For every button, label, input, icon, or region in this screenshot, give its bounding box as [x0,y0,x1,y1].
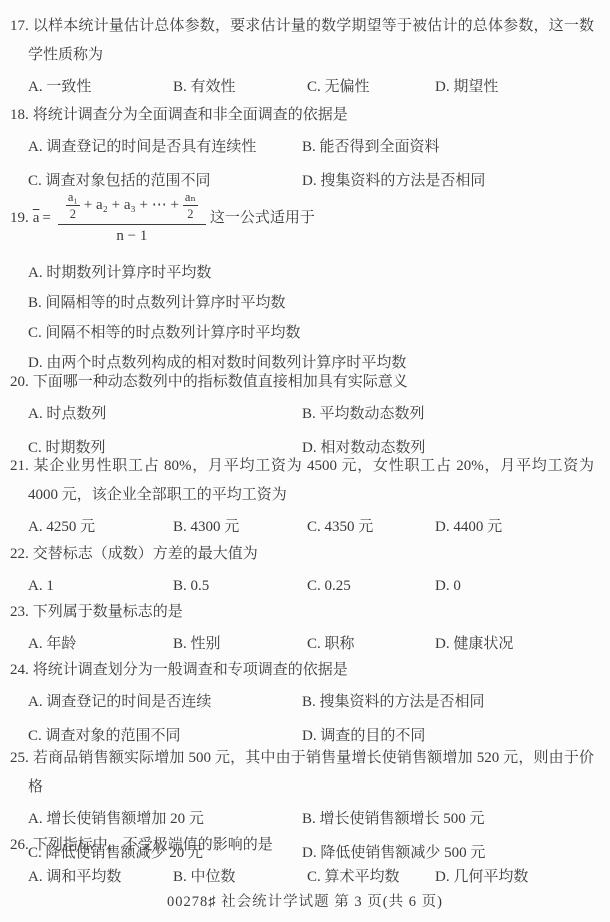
question-20: 20.下面哪一种动态数列中的指标数值直接相加具有实际意义 A. 时点数列 B. … [10,368,594,463]
formula-fraction: a₁2 + a₂ + a₃ + ⋯ + aₙ2 n − 1 [58,190,206,246]
option-a: A. 调查登记的时间是否具有连续性 [28,133,302,162]
question-19: 19. a = a₁2 + a₂ + a₃ + ⋯ + aₙ2 n − 1 这一… [10,190,594,378]
question-text: 交替标志（成数）方差的最大值为 [33,546,258,562]
exam-page: { "page": { "footer": "00278♯ 社会统计学试题 第 … [0,0,610,922]
option-d: D. 0 [435,572,594,601]
question-number: 17. [10,18,33,34]
fraction-numerator: a₁2 + a₂ + a₃ + ⋯ + aₙ2 [58,190,206,225]
question-number: 22. [10,546,33,562]
question-number: 25. [10,750,33,766]
question-stem: 22.交替标志（成数）方差的最大值为 [10,540,594,569]
option-b: B. 4300 元 [173,513,307,542]
option-c: C. 4350 元 [307,513,435,542]
numerator-middle-terms: + a₂ + a₃ + ⋯ + [84,196,179,215]
question-text: 以样本统计量估计总体参数，要求估计量的数学期望等于被估计的总体参数，这一数学性质… [28,18,594,63]
question-stem: 23.下列属于数量标志的是 [10,598,594,627]
question-number: 19. [10,209,33,228]
inner-fraction-last: aₙ2 [183,190,198,221]
option-a: A. 调查登记的时间是否连续 [28,688,302,717]
option-c: C. 间隔不相等的时点数列计算序时平均数 [28,318,594,348]
question-stem: 20.下面哪一种动态数列中的指标数值直接相加具有实际意义 [10,368,594,397]
question-number: 20. [10,374,33,390]
options-grid: A. 调查登记的时间是否连续 B. 搜集资料的方法是否相同 C. 调查对象的范围… [28,688,594,751]
question-stem: 24.将统计调查划分为一般调查和专项调查的依据是 [10,656,594,685]
question-text: 若商品销售额实际增加 500 元，其中由于销售量增长使销售额增加 520 元，则… [28,750,594,795]
option-d: D. 期望性 [435,73,594,102]
options-row: A. 1 B. 0.5 C. 0.25 D. 0 [28,572,594,601]
option-b: B. 能否得到全面资料 [302,133,594,162]
option-b: B. 性别 [173,630,307,659]
option-a: A. 4250 元 [28,513,173,542]
question-stem: 18.将统计调查分为全面调查和非全面调查的依据是 [10,101,594,130]
question-number: 26. [10,837,33,853]
question-text: 下面哪一种动态数列中的指标数值直接相加具有实际意义 [33,374,408,390]
question-text: 将统计调查分为全面调查和非全面调查的依据是 [33,107,348,123]
formula-suffix-text: 这一公式适用于 [210,209,315,228]
option-a: A. 年龄 [28,630,173,659]
option-b: B. 平均数动态数列 [302,400,594,429]
question-26: 26.下列指标中，不受极端值的影响的是 A. 调和平均数 B. 中位数 C. 算… [10,831,594,892]
page-footer: 00278♯ 社会统计学试题 第 3 页(共 6 页) [0,888,610,917]
question-18: 18.将统计调查分为全面调查和非全面调查的依据是 A. 调查登记的时间是否具有连… [10,101,594,196]
option-a: A. 1 [28,572,173,601]
inner-fraction-first: a₁2 [66,190,80,221]
option-b: B. 增长使销售额增长 500 元 [302,805,594,834]
question-stem: 21.某企业男性职工占 80%，月平均工资为 4500 元，女性职工占 20%，… [10,452,594,510]
option-a: A. 一致性 [28,73,173,102]
fraction-denominator: n − 1 [116,225,147,246]
option-a: A. 增长使销售额增加 20 元 [28,805,302,834]
option-b: B. 0.5 [173,572,307,601]
options-list: A. 时期数列计算序时平均数 B. 间隔相等的时点数列计算序时平均数 C. 间隔… [28,258,594,378]
option-c: C. 职称 [307,630,435,659]
options-grid: A. 调查登记的时间是否具有连续性 B. 能否得到全面资料 C. 调查对象包括的… [28,133,594,196]
question-text: 将统计调查划分为一般调查和专项调查的依据是 [33,662,348,678]
question-number: 18. [10,107,33,123]
option-a: A. 时期数列计算序时平均数 [28,258,594,288]
option-c: C. 无偏性 [307,73,435,102]
question-17: 17.以样本统计量估计总体参数，要求估计量的数学期望等于被估计的总体参数，这一数… [10,12,594,102]
option-a: A. 时点数列 [28,400,302,429]
question-22: 22.交替标志（成数）方差的最大值为 A. 1 B. 0.5 C. 0.25 D… [10,540,594,601]
option-c: C. 0.25 [307,572,435,601]
option-b: B. 间隔相等的时点数列计算序时平均数 [28,288,594,318]
question-23: 23.下列属于数量标志的是 A. 年龄 B. 性别 C. 职称 D. 健康状况 [10,598,594,659]
option-b: B. 搜集资料的方法是否相同 [302,688,594,717]
question-stem: 26.下列指标中，不受极端值的影响的是 [10,831,594,860]
options-row: A. 年龄 B. 性别 C. 职称 D. 健康状况 [28,630,594,659]
option-d: D. 4400 元 [435,513,594,542]
question-stem-formula: 19. a = a₁2 + a₂ + a₃ + ⋯ + aₙ2 n − 1 这一… [10,190,594,246]
question-number: 24. [10,662,33,678]
option-b: B. 有效性 [173,73,307,102]
question-stem: 25.若商品销售额实际增加 500 元，其中由于销售量增长使销售额增加 520 … [10,744,594,802]
formula-mean-variable: a [33,209,40,228]
question-21: 21.某企业男性职工占 80%，月平均工资为 4500 元，女性职工占 20%，… [10,452,594,542]
question-24: 24.将统计调查划分为一般调查和专项调查的依据是 A. 调查登记的时间是否连续 … [10,656,594,751]
option-d: D. 健康状况 [435,630,594,659]
question-text: 下列属于数量标志的是 [33,604,183,620]
question-number: 23. [10,604,33,620]
options-row: A. 一致性 B. 有效性 C. 无偏性 D. 期望性 [28,73,594,102]
question-stem: 17.以样本统计量估计总体参数，要求估计量的数学期望等于被估计的总体参数，这一数… [10,12,594,70]
question-number: 21. [10,458,33,474]
formula-equals: = [42,209,50,228]
question-text: 下列指标中，不受极端值的影响的是 [33,837,273,853]
question-text: 某企业男性职工占 80%，月平均工资为 4500 元，女性职工占 20%，月平均… [28,458,594,503]
options-row: A. 4250 元 B. 4300 元 C. 4350 元 D. 4400 元 [28,513,594,542]
